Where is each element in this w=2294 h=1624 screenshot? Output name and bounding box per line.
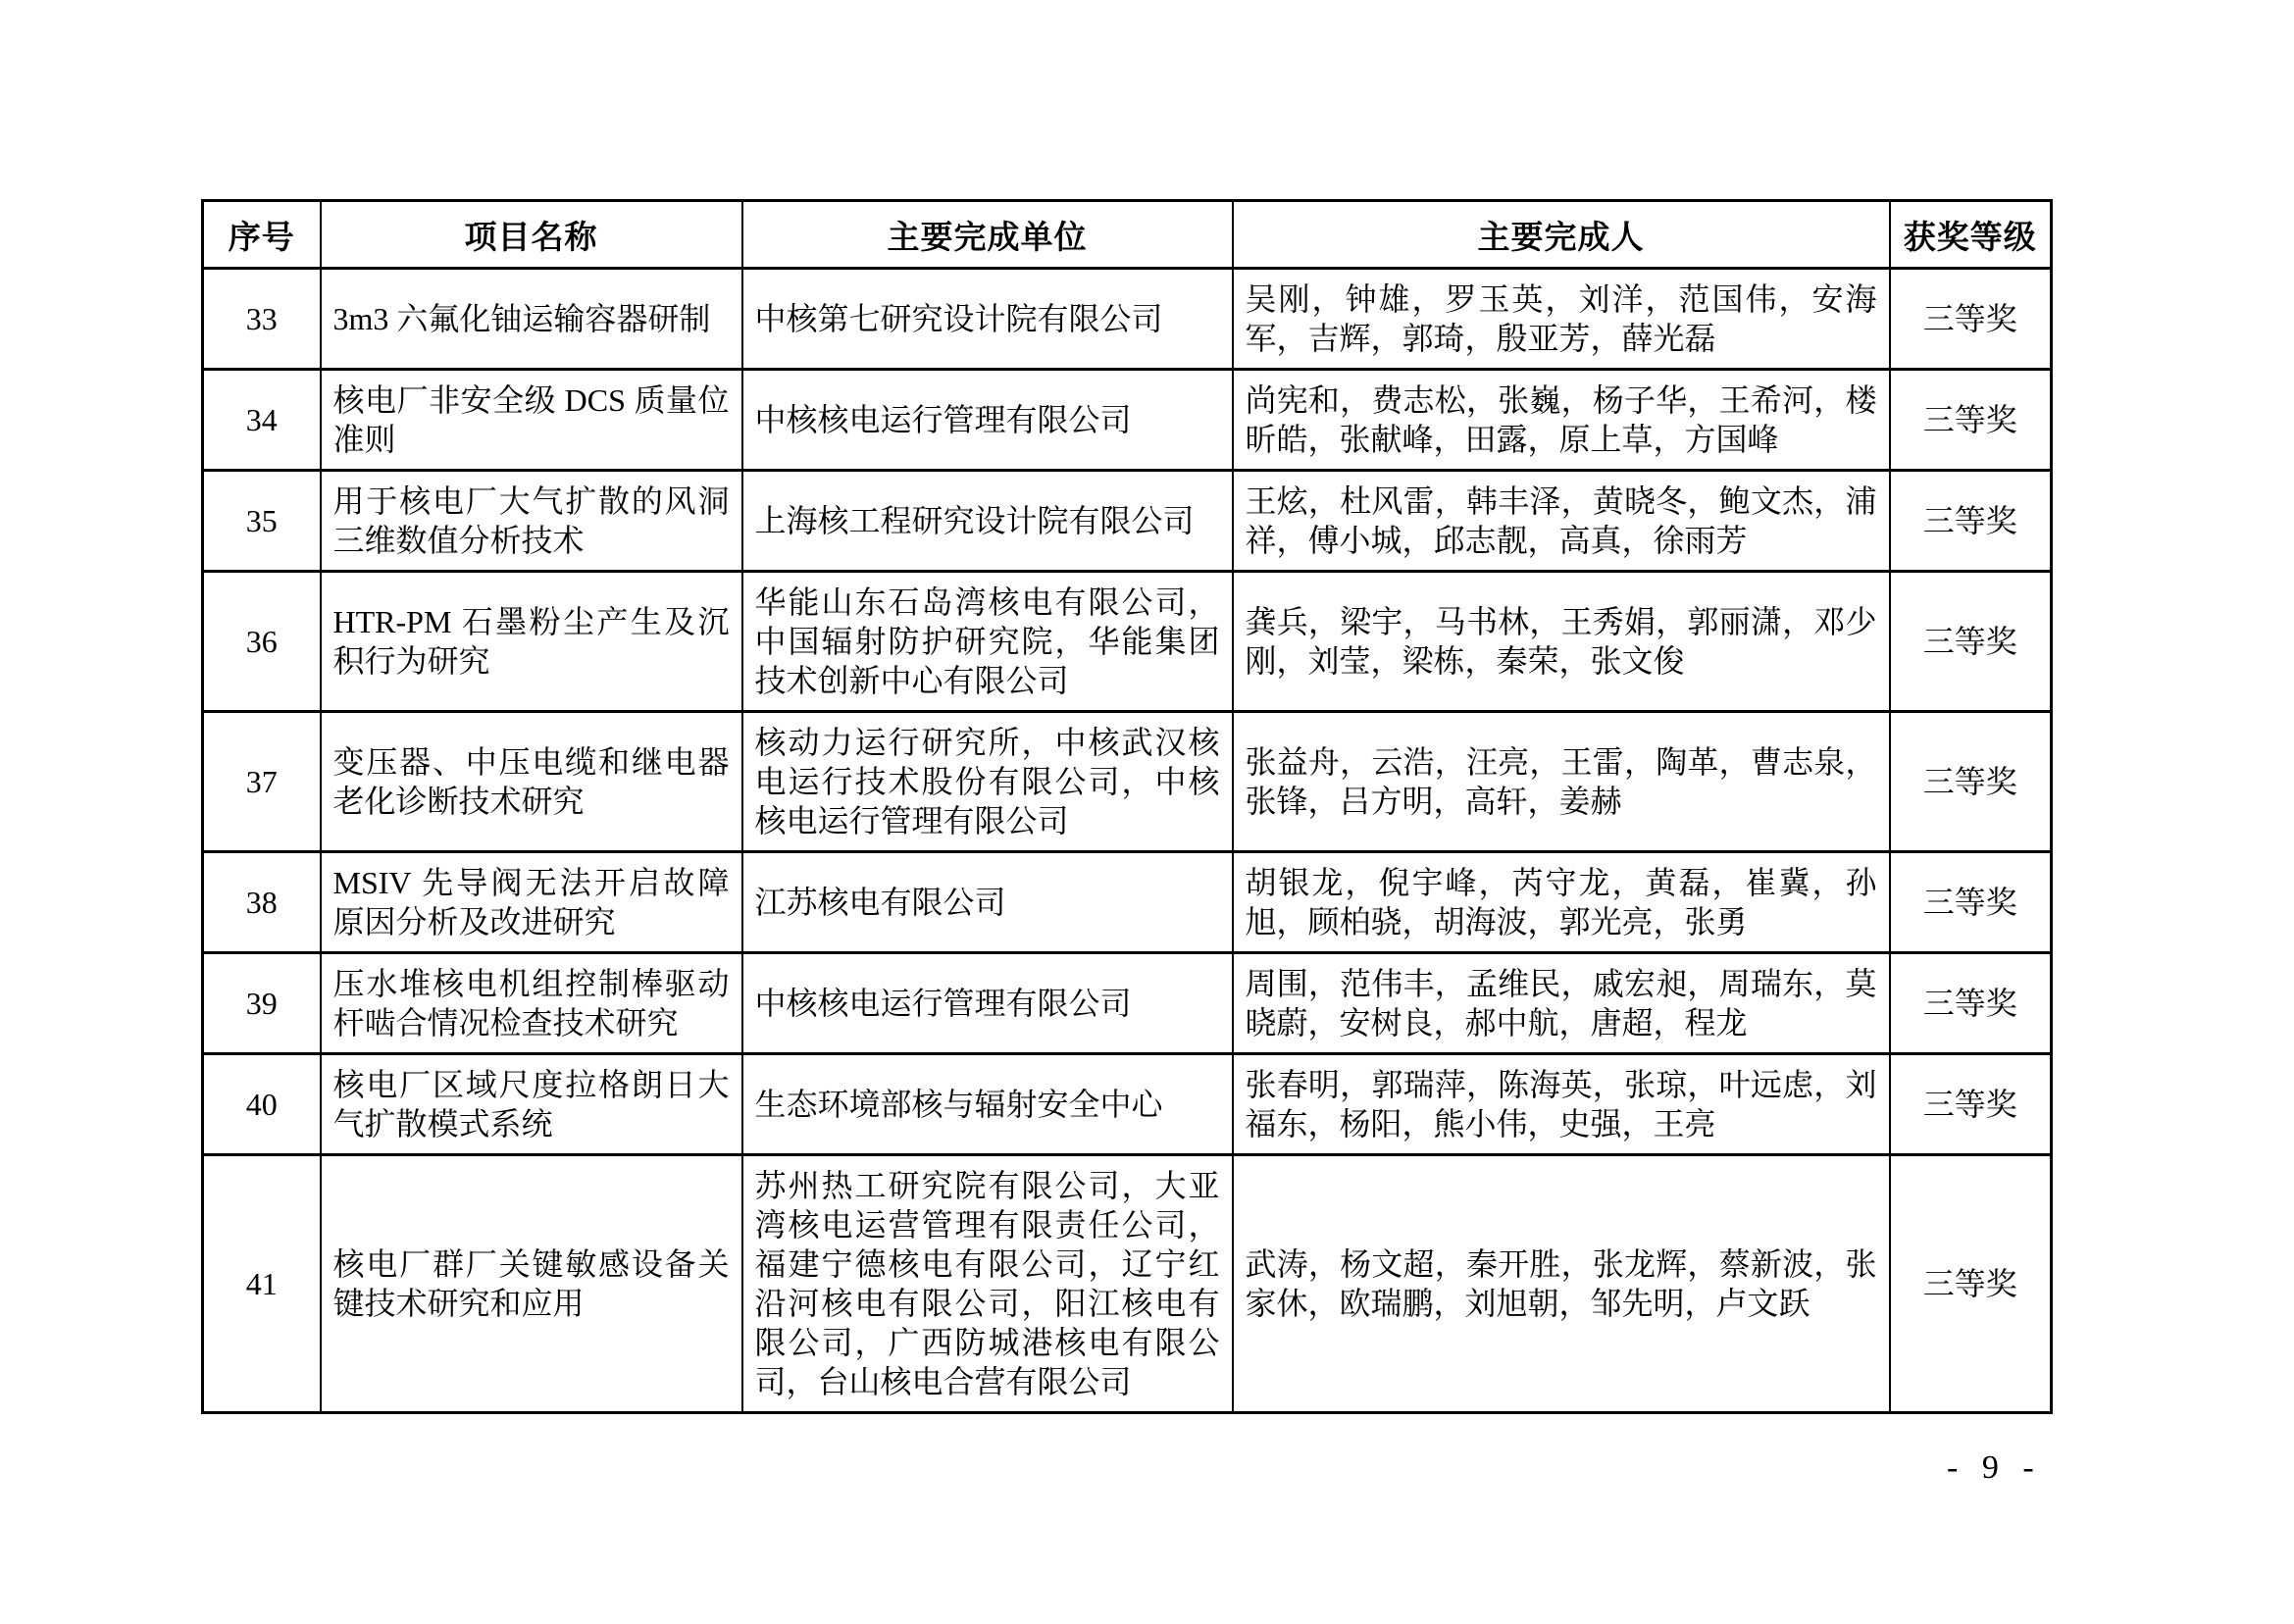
- cell-index: 37: [203, 712, 321, 852]
- cell-units: 华能山东石岛湾核电有限公司，中国辐射防护研究院，华能集团技术创新中心有限公司: [742, 572, 1233, 712]
- cell-people: 周围，范伟丰，孟维民，戚宏昶，周瑞东，莫晓蔚，安树良，郝中航，唐超，程龙: [1233, 953, 1890, 1054]
- cell-award: 三等奖: [1890, 712, 2052, 852]
- table-row: 41核电厂群厂关键敏感设备关键技术研究和应用苏州热工研究院有限公司，大亚湾核电运…: [203, 1155, 2052, 1413]
- cell-project: 用于核电厂大气扩散的风洞三维数值分析技术: [321, 471, 742, 572]
- awards-table-body: 333m3 六氟化铀运输容器研制中核第七研究设计院有限公司吴刚，钟雄，罗玉英，刘…: [203, 269, 2052, 1413]
- cell-award: 三等奖: [1890, 269, 2052, 370]
- cell-units: 生态环境部核与辐射安全中心: [742, 1054, 1233, 1155]
- cell-project: 核电厂非安全级 DCS 质量位准则: [321, 370, 742, 471]
- cell-index: 38: [203, 852, 321, 953]
- cell-units: 中核核电运行管理有限公司: [742, 370, 1233, 471]
- cell-award: 三等奖: [1890, 1155, 2052, 1413]
- col-header-project-name: 项目名称: [321, 201, 742, 269]
- table-row: 37变压器、中压电缆和继电器老化诊断技术研究核动力运行研究所，中核武汉核电运行技…: [203, 712, 2052, 852]
- cell-people: 龚兵，梁宇，马书林，王秀娟，郭丽潇，邓少刚，刘莹，梁栋，秦荣，张文俊: [1233, 572, 1890, 712]
- table-row: 40核电厂区域尺度拉格朗日大气扩散模式系统生态环境部核与辐射安全中心张春明，郭瑞…: [203, 1054, 2052, 1155]
- cell-index: 41: [203, 1155, 321, 1413]
- table-header-row: 序号 项目名称 主要完成单位 主要完成人 获奖等级: [203, 201, 2052, 269]
- cell-units: 苏州热工研究院有限公司，大亚湾核电运营管理有限责任公司，福建宁德核电有限公司，辽…: [742, 1155, 1233, 1413]
- cell-units: 核动力运行研究所，中核武汉核电运行技术股份有限公司，中核核电运行管理有限公司: [742, 712, 1233, 852]
- cell-people: 武涛，杨文超，秦开胜，张龙辉，蔡新波，张家休，欧瑞鹏，刘旭朝，邹先明，卢文跃: [1233, 1155, 1890, 1413]
- table-row: 34核电厂非安全级 DCS 质量位准则中核核电运行管理有限公司尚宪和，费志松，张…: [203, 370, 2052, 471]
- cell-index: 33: [203, 269, 321, 370]
- table-row: 35用于核电厂大气扩散的风洞三维数值分析技术上海核工程研究设计院有限公司王炫，杜…: [203, 471, 2052, 572]
- cell-units: 中核第七研究设计院有限公司: [742, 269, 1233, 370]
- cell-project: 变压器、中压电缆和继电器老化诊断技术研究: [321, 712, 742, 852]
- cell-people: 王炫，杜风雷，韩丰泽，黄晓冬，鲍文杰，浦祥，傅小城，邱志靓，高真，徐雨芳: [1233, 471, 1890, 572]
- table-row: 36HTR-PM 石墨粉尘产生及沉积行为研究华能山东石岛湾核电有限公司，中国辐射…: [203, 572, 2052, 712]
- cell-project: MSIV 先导阀无法开启故障原因分析及改进研究: [321, 852, 742, 953]
- cell-project: 核电厂群厂关键敏感设备关键技术研究和应用: [321, 1155, 742, 1413]
- cell-award: 三等奖: [1890, 471, 2052, 572]
- cell-index: 35: [203, 471, 321, 572]
- document-page: 序号 项目名称 主要完成单位 主要完成人 获奖等级 333m3 六氟化铀运输容器…: [0, 0, 2294, 1624]
- cell-index: 34: [203, 370, 321, 471]
- table-row: 38MSIV 先导阀无法开启故障原因分析及改进研究江苏核电有限公司胡银龙，倪宇峰…: [203, 852, 2052, 953]
- cell-award: 三等奖: [1890, 1054, 2052, 1155]
- cell-units: 江苏核电有限公司: [742, 852, 1233, 953]
- cell-project: 核电厂区域尺度拉格朗日大气扩散模式系统: [321, 1054, 742, 1155]
- awards-table: 序号 项目名称 主要完成单位 主要完成人 获奖等级 333m3 六氟化铀运输容器…: [201, 199, 2053, 1414]
- cell-index: 39: [203, 953, 321, 1054]
- cell-people: 张春明，郭瑞萍，陈海英，张琼，叶远虑，刘福东，杨阳，熊小伟，史强，王亮: [1233, 1054, 1890, 1155]
- cell-units: 上海核工程研究设计院有限公司: [742, 471, 1233, 572]
- col-header-main-units: 主要完成单位: [742, 201, 1233, 269]
- cell-people: 胡银龙，倪宇峰，芮守龙，黄磊，崔冀，孙旭，顾柏骁，胡海波，郭光亮，张勇: [1233, 852, 1890, 953]
- cell-index: 40: [203, 1054, 321, 1155]
- table-row: 333m3 六氟化铀运输容器研制中核第七研究设计院有限公司吴刚，钟雄，罗玉英，刘…: [203, 269, 2052, 370]
- col-header-award-level: 获奖等级: [1890, 201, 2052, 269]
- cell-project: HTR-PM 石墨粉尘产生及沉积行为研究: [321, 572, 742, 712]
- cell-people: 吴刚，钟雄，罗玉英，刘洋，范国伟，安海军，吉辉，郭琦，殷亚芳，薛光磊: [1233, 269, 1890, 370]
- cell-project: 压水堆核电机组控制棒驱动杆啮合情况检查技术研究: [321, 953, 742, 1054]
- cell-people: 尚宪和，费志松，张巍，杨子华，王希河，楼昕皓，张献峰，田露，原上草，方国峰: [1233, 370, 1890, 471]
- cell-award: 三等奖: [1890, 370, 2052, 471]
- cell-units: 中核核电运行管理有限公司: [742, 953, 1233, 1054]
- cell-project: 3m3 六氟化铀运输容器研制: [321, 269, 742, 370]
- cell-index: 36: [203, 572, 321, 712]
- cell-award: 三等奖: [1890, 953, 2052, 1054]
- col-header-index: 序号: [203, 201, 321, 269]
- page-number: - 9 -: [1947, 1449, 2042, 1487]
- table-row: 39压水堆核电机组控制棒驱动杆啮合情况检查技术研究中核核电运行管理有限公司周围，…: [203, 953, 2052, 1054]
- cell-award: 三等奖: [1890, 572, 2052, 712]
- col-header-main-people: 主要完成人: [1233, 201, 1890, 269]
- cell-people: 张益舟，云浩，汪亮，王雷，陶革，曹志泉，张锋，吕方明，高轩，姜赫: [1233, 712, 1890, 852]
- cell-award: 三等奖: [1890, 852, 2052, 953]
